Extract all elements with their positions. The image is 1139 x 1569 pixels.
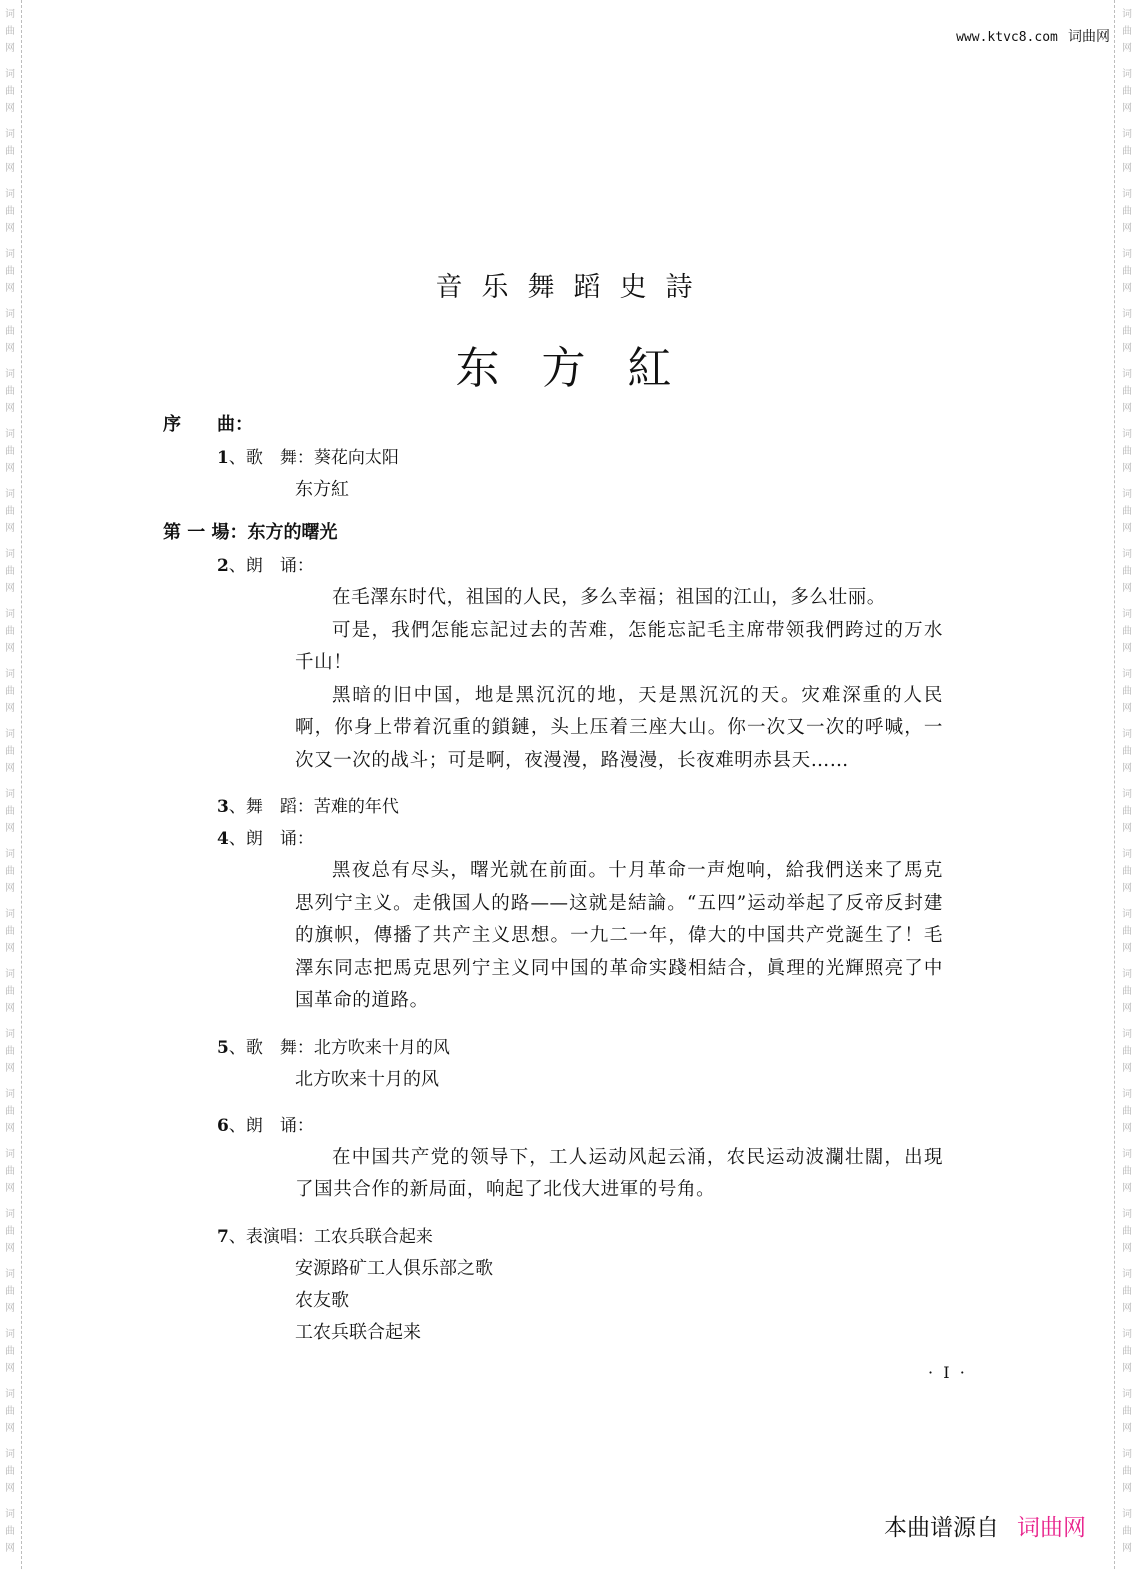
section-heading-scene-1: 第 一 場：东方的曙光 bbox=[163, 516, 963, 550]
site-header: www.ktvc8.com 词曲网 bbox=[956, 26, 1110, 46]
watermark-group: 词曲网 bbox=[3, 906, 17, 957]
watermark-char: 曲 bbox=[1120, 1343, 1134, 1360]
watermark-char: 网 bbox=[3, 940, 17, 957]
watermark-group: 词曲网 bbox=[3, 126, 17, 177]
watermark-char: 词 bbox=[1120, 726, 1134, 743]
watermark-char: 网 bbox=[1120, 820, 1134, 837]
watermark-char: 曲 bbox=[3, 203, 17, 220]
watermark-char: 曲 bbox=[1120, 1283, 1134, 1300]
watermark-char: 词 bbox=[3, 186, 17, 203]
item-number: 2 bbox=[217, 556, 229, 576]
watermark-char: 网 bbox=[3, 820, 17, 837]
document-subtitle: 音乐舞蹈史詩 bbox=[0, 265, 1139, 304]
recitation-paragraph: 可是，我們怎能忘記过去的苦难，怎能忘記毛主席带领我們跨过的万水千山！ bbox=[295, 615, 943, 680]
watermark-char: 词 bbox=[3, 1266, 17, 1283]
watermark-char: 曲 bbox=[1120, 83, 1134, 100]
watermark-char: 曲 bbox=[3, 623, 17, 640]
watermark-group: 词曲网 bbox=[1120, 966, 1134, 1017]
item-sub-line: 东方紅 bbox=[163, 474, 963, 506]
watermark-char: 曲 bbox=[3, 983, 17, 1000]
watermark-char: 曲 bbox=[3, 1103, 17, 1120]
watermark-char: 词 bbox=[3, 786, 17, 803]
watermark-char: 网 bbox=[1120, 460, 1134, 477]
watermark-group: 词曲网 bbox=[1120, 906, 1134, 957]
watermark-char: 曲 bbox=[1120, 503, 1134, 520]
watermark-group: 词曲网 bbox=[1120, 66, 1134, 117]
watermark-char: 网 bbox=[1120, 760, 1134, 777]
program-item-2: 2、朗 诵： bbox=[163, 550, 963, 582]
watermark-char: 曲 bbox=[1120, 1043, 1134, 1060]
watermark-char: 曲 bbox=[1120, 443, 1134, 460]
watermark-char: 曲 bbox=[3, 1463, 17, 1480]
margin-dashed-rule bbox=[1114, 0, 1115, 1569]
watermark-group: 词曲网 bbox=[1120, 1206, 1134, 1257]
watermark-group: 词曲网 bbox=[1120, 486, 1134, 537]
watermark-char: 曲 bbox=[1120, 683, 1134, 700]
watermark-char: 网 bbox=[1120, 400, 1134, 417]
watermark-char: 词 bbox=[3, 1086, 17, 1103]
watermark-char: 曲 bbox=[3, 863, 17, 880]
watermark-char: 网 bbox=[3, 700, 17, 717]
watermark-char: 曲 bbox=[1120, 1523, 1134, 1540]
item-separator: 、 bbox=[229, 1116, 246, 1136]
item-number: 7 bbox=[217, 1227, 229, 1247]
watermark-char: 词 bbox=[1120, 1386, 1134, 1403]
item-separator: 、 bbox=[229, 1038, 246, 1058]
watermark-group: 词曲网 bbox=[3, 1326, 17, 1377]
watermark-group: 词曲网 bbox=[1120, 6, 1134, 57]
watermark-group: 词曲网 bbox=[1120, 186, 1134, 237]
watermark-char: 词 bbox=[1120, 1026, 1134, 1043]
program-item-3: 3、舞 蹈：苦难的年代 bbox=[163, 791, 963, 823]
item-type: 朗 诵： bbox=[246, 1116, 314, 1136]
watermark-char: 词 bbox=[3, 426, 17, 443]
watermark-group: 词曲网 bbox=[1120, 1446, 1134, 1497]
watermark-char: 网 bbox=[3, 1240, 17, 1257]
watermark-char: 词 bbox=[3, 126, 17, 143]
watermark-group: 词曲网 bbox=[1120, 546, 1134, 597]
watermark-char: 词 bbox=[3, 1326, 17, 1343]
brand-link[interactable]: 词曲网 bbox=[1017, 1515, 1086, 1541]
watermark-char: 词 bbox=[3, 1506, 17, 1523]
item-separator: 、 bbox=[229, 829, 246, 849]
watermark-group: 词曲网 bbox=[3, 666, 17, 717]
recitation-paragraph: 黑夜总有尽头，曙光就在前面。十月革命一声炮响，給我們送来了馬克思列宁主义。走俄国… bbox=[295, 855, 943, 1018]
item-title: 葵花向太阳 bbox=[314, 448, 399, 468]
watermark-char: 词 bbox=[1120, 786, 1134, 803]
program-listing: 序 曲： 1、歌 舞：葵花向太阳 东方紅 第 一 場：东方的曙光 2、朗 诵： … bbox=[163, 408, 963, 1349]
watermark-char: 词 bbox=[3, 1386, 17, 1403]
recitation-paragraph: 在毛澤东时代，祖国的人民，多么幸福；祖国的江山，多么壮丽。 bbox=[295, 582, 943, 615]
watermark-char: 词 bbox=[1120, 1086, 1134, 1103]
watermark-char: 词 bbox=[3, 6, 17, 23]
item-type: 歌 舞： bbox=[246, 1038, 314, 1058]
watermark-char: 曲 bbox=[3, 683, 17, 700]
watermark-char: 网 bbox=[3, 520, 17, 537]
watermark-char: 曲 bbox=[1120, 623, 1134, 640]
watermark-char: 曲 bbox=[3, 1283, 17, 1300]
watermark-char: 网 bbox=[3, 400, 17, 417]
watermark-char: 网 bbox=[3, 1180, 17, 1197]
watermark-group: 词曲网 bbox=[1120, 726, 1134, 777]
watermark-char: 网 bbox=[3, 1540, 17, 1557]
item-separator: 、 bbox=[229, 556, 246, 576]
watermark-group: 词曲网 bbox=[3, 186, 17, 237]
watermark-char: 曲 bbox=[3, 563, 17, 580]
watermark-char: 词 bbox=[1120, 666, 1134, 683]
item-type: 表演唱： bbox=[246, 1227, 314, 1247]
watermark-group: 词曲网 bbox=[1120, 1326, 1134, 1377]
watermark-char: 词 bbox=[1120, 126, 1134, 143]
watermark-char: 曲 bbox=[1120, 923, 1134, 940]
watermark-char: 词 bbox=[1120, 546, 1134, 563]
watermark-group: 词曲网 bbox=[1120, 846, 1134, 897]
watermark-group: 词曲网 bbox=[3, 1086, 17, 1137]
watermark-char: 词 bbox=[1120, 1266, 1134, 1283]
watermark-group: 词曲网 bbox=[3, 1506, 17, 1557]
watermark-group: 词曲网 bbox=[1120, 1146, 1134, 1197]
item-number: 6 bbox=[217, 1116, 229, 1136]
item-separator: 、 bbox=[229, 797, 246, 817]
watermark-group: 词曲网 bbox=[1120, 1026, 1134, 1077]
watermark-char: 曲 bbox=[3, 1403, 17, 1420]
section-heading-overture: 序 曲： bbox=[163, 408, 963, 442]
watermark-char: 曲 bbox=[1120, 743, 1134, 760]
program-item-5: 5、歌 舞：北方吹来十月的风 bbox=[163, 1032, 963, 1064]
watermark-char: 曲 bbox=[1120, 1403, 1134, 1420]
watermark-char: 网 bbox=[1120, 1000, 1134, 1017]
watermark-char: 网 bbox=[3, 1420, 17, 1437]
watermark-char: 网 bbox=[3, 40, 17, 57]
watermark-char: 词 bbox=[1120, 1446, 1134, 1463]
item-number: 3 bbox=[217, 797, 229, 817]
watermark-char: 曲 bbox=[3, 23, 17, 40]
watermark-char: 网 bbox=[1120, 940, 1134, 957]
watermark-char: 词 bbox=[3, 1206, 17, 1223]
watermark-group: 词曲网 bbox=[3, 1446, 17, 1497]
watermark-group: 词曲网 bbox=[1120, 786, 1134, 837]
watermark-group: 词曲网 bbox=[1120, 1506, 1134, 1557]
watermark-char: 词 bbox=[3, 1026, 17, 1043]
margin-dashed-rule bbox=[21, 0, 22, 1569]
item-title: 工农兵联合起来 bbox=[314, 1227, 433, 1247]
watermark-char: 曲 bbox=[1120, 803, 1134, 820]
watermark-char: 网 bbox=[1120, 220, 1134, 237]
watermark-char: 网 bbox=[1120, 580, 1134, 597]
program-item-4: 4、朗 诵： bbox=[163, 823, 963, 855]
watermark-char: 网 bbox=[3, 640, 17, 657]
page-number: · I · bbox=[928, 1363, 965, 1382]
watermark-char: 词 bbox=[3, 486, 17, 503]
watermark-char: 词 bbox=[3, 1446, 17, 1463]
credit-text: 本曲谱源自 bbox=[884, 1515, 999, 1541]
watermark-group: 词曲网 bbox=[3, 1206, 17, 1257]
watermark-char: 词 bbox=[1120, 246, 1134, 263]
watermark-group: 词曲网 bbox=[3, 1386, 17, 1437]
watermark-char: 网 bbox=[1120, 1360, 1134, 1377]
watermark-char: 网 bbox=[1120, 700, 1134, 717]
item-separator: 、 bbox=[229, 448, 246, 468]
watermark-char: 网 bbox=[3, 1360, 17, 1377]
watermark-group: 词曲网 bbox=[3, 1266, 17, 1317]
item-sub-line: 北方吹来十月的风 bbox=[163, 1064, 963, 1096]
watermark-char: 词 bbox=[3, 1146, 17, 1163]
watermark-group: 词曲网 bbox=[1120, 126, 1134, 177]
watermark-char: 曲 bbox=[3, 1343, 17, 1360]
watermark-char: 曲 bbox=[3, 1163, 17, 1180]
item-number: 1 bbox=[217, 448, 229, 468]
watermark-char: 网 bbox=[3, 460, 17, 477]
watermark-char: 词 bbox=[3, 666, 17, 683]
watermark-char: 网 bbox=[3, 160, 17, 177]
item-title: 苦难的年代 bbox=[314, 797, 399, 817]
item-sub-line: 农友歌 bbox=[163, 1285, 963, 1317]
watermark-char: 词 bbox=[1120, 306, 1134, 323]
watermark-char: 曲 bbox=[1120, 863, 1134, 880]
watermark-char: 曲 bbox=[1120, 1463, 1134, 1480]
program-item-7: 7、表演唱：工农兵联合起来 bbox=[163, 1221, 963, 1253]
watermark-char: 词 bbox=[1120, 66, 1134, 83]
watermark-char: 网 bbox=[3, 1300, 17, 1317]
watermark-group: 词曲网 bbox=[3, 486, 17, 537]
watermark-char: 词 bbox=[1120, 846, 1134, 863]
watermark-group: 词曲网 bbox=[1120, 666, 1134, 717]
watermark-char: 曲 bbox=[3, 923, 17, 940]
watermark-char: 词 bbox=[1120, 1206, 1134, 1223]
item-title: 北方吹来十月的风 bbox=[314, 1038, 450, 1058]
item-type: 舞 蹈： bbox=[246, 797, 314, 817]
watermark-char: 曲 bbox=[3, 443, 17, 460]
watermark-group: 词曲网 bbox=[3, 606, 17, 657]
watermark-char: 曲 bbox=[3, 83, 17, 100]
right-margin-watermark: 词曲网词曲网词曲网词曲网词曲网词曲网词曲网词曲网词曲网词曲网词曲网词曲网词曲网词… bbox=[1117, 0, 1139, 1569]
watermark-char: 网 bbox=[3, 1060, 17, 1077]
footer-credit: 本曲谱源自词曲网 bbox=[884, 1509, 1086, 1542]
watermark-group: 词曲网 bbox=[3, 66, 17, 117]
watermark-char: 网 bbox=[1120, 520, 1134, 537]
watermark-char: 网 bbox=[1120, 1480, 1134, 1497]
watermark-char: 网 bbox=[3, 100, 17, 117]
watermark-group: 词曲网 bbox=[1120, 1386, 1134, 1437]
watermark-char: 词 bbox=[1120, 6, 1134, 23]
watermark-char: 词 bbox=[1120, 1146, 1134, 1163]
watermark-char: 曲 bbox=[3, 1043, 17, 1060]
watermark-char: 词 bbox=[3, 66, 17, 83]
watermark-char: 网 bbox=[1120, 640, 1134, 657]
watermark-char: 曲 bbox=[3, 1223, 17, 1240]
item-sub-line: 安源路矿工人俱乐部之歌 bbox=[163, 1253, 963, 1285]
watermark-char: 网 bbox=[3, 220, 17, 237]
watermark-char: 网 bbox=[1120, 100, 1134, 117]
watermark-group: 词曲网 bbox=[3, 1146, 17, 1197]
watermark-char: 网 bbox=[1120, 1180, 1134, 1197]
watermark-char: 曲 bbox=[1120, 983, 1134, 1000]
watermark-group: 词曲网 bbox=[1120, 426, 1134, 477]
watermark-group: 词曲网 bbox=[3, 426, 17, 477]
watermark-char: 词 bbox=[1120, 186, 1134, 203]
watermark-char: 网 bbox=[1120, 40, 1134, 57]
watermark-char: 曲 bbox=[3, 143, 17, 160]
watermark-char: 网 bbox=[1120, 1120, 1134, 1137]
item-sub-line: 工农兵联合起来 bbox=[163, 1317, 963, 1349]
watermark-char: 网 bbox=[3, 1480, 17, 1497]
watermark-char: 网 bbox=[3, 580, 17, 597]
watermark-char: 曲 bbox=[3, 503, 17, 520]
watermark-char: 词 bbox=[3, 846, 17, 863]
site-url[interactable]: www.ktvc8.com bbox=[956, 30, 1058, 45]
watermark-group: 词曲网 bbox=[3, 966, 17, 1017]
watermark-char: 词 bbox=[1120, 966, 1134, 983]
watermark-char: 曲 bbox=[1120, 203, 1134, 220]
watermark-char: 网 bbox=[3, 760, 17, 777]
watermark-group: 词曲网 bbox=[1120, 606, 1134, 657]
watermark-char: 词 bbox=[3, 546, 17, 563]
item-number: 5 bbox=[217, 1038, 229, 1058]
watermark-char: 网 bbox=[1120, 1300, 1134, 1317]
item-type: 朗 诵： bbox=[246, 556, 314, 576]
watermark-char: 曲 bbox=[3, 1523, 17, 1540]
watermark-char: 词 bbox=[3, 726, 17, 743]
watermark-char: 词 bbox=[3, 306, 17, 323]
recitation-paragraph: 黑暗的旧中国，地是黑沉沉的地，天是黑沉沉的天。灾难深重的人民啊，你身上带着沉重的… bbox=[295, 680, 943, 778]
watermark-char: 曲 bbox=[1120, 1163, 1134, 1180]
watermark-char: 词 bbox=[3, 246, 17, 263]
document-title: 东方紅 bbox=[0, 332, 1139, 396]
watermark-char: 词 bbox=[1120, 606, 1134, 623]
watermark-char: 网 bbox=[1120, 1060, 1134, 1077]
watermark-char: 词 bbox=[3, 606, 17, 623]
watermark-char: 曲 bbox=[1120, 1223, 1134, 1240]
item-type: 朗 诵： bbox=[246, 829, 314, 849]
watermark-char: 网 bbox=[3, 1000, 17, 1017]
watermark-char: 词 bbox=[3, 966, 17, 983]
watermark-char: 曲 bbox=[1120, 23, 1134, 40]
item-type: 歌 舞： bbox=[246, 448, 314, 468]
watermark-group: 词曲网 bbox=[3, 726, 17, 777]
watermark-char: 词 bbox=[1120, 426, 1134, 443]
program-item-6: 6、朗 诵： bbox=[163, 1110, 963, 1142]
watermark-char: 曲 bbox=[3, 803, 17, 820]
watermark-group: 词曲网 bbox=[1120, 1086, 1134, 1137]
program-item-1: 1、歌 舞：葵花向太阳 bbox=[163, 442, 963, 474]
watermark-char: 词 bbox=[1120, 1506, 1134, 1523]
watermark-char: 网 bbox=[1120, 1420, 1134, 1437]
watermark-group: 词曲网 bbox=[3, 1026, 17, 1077]
watermark-char: 网 bbox=[1120, 160, 1134, 177]
watermark-char: 词 bbox=[1120, 1326, 1134, 1343]
watermark-char: 曲 bbox=[1120, 1103, 1134, 1120]
watermark-char: 词 bbox=[1120, 906, 1134, 923]
item-separator: 、 bbox=[229, 1227, 246, 1247]
left-margin-watermark: 词曲网词曲网词曲网词曲网词曲网词曲网词曲网词曲网词曲网词曲网词曲网词曲网词曲网词… bbox=[0, 0, 22, 1569]
item-number: 4 bbox=[217, 829, 229, 849]
recitation-paragraph: 在中国共产党的领导下，工人运动风起云涌，农民运动波瀾壮闊，出現了国共合作的新局面… bbox=[295, 1142, 943, 1207]
watermark-char: 词 bbox=[3, 906, 17, 923]
watermark-char: 网 bbox=[1120, 880, 1134, 897]
watermark-char: 曲 bbox=[1120, 143, 1134, 160]
watermark-group: 词曲网 bbox=[3, 546, 17, 597]
watermark-char: 曲 bbox=[1120, 563, 1134, 580]
site-name: 词曲网 bbox=[1068, 29, 1110, 45]
watermark-char: 网 bbox=[3, 880, 17, 897]
watermark-char: 网 bbox=[1120, 1540, 1134, 1557]
watermark-char: 曲 bbox=[3, 743, 17, 760]
watermark-char: 词 bbox=[1120, 486, 1134, 503]
watermark-group: 词曲网 bbox=[3, 6, 17, 57]
watermark-group: 词曲网 bbox=[3, 846, 17, 897]
watermark-group: 词曲网 bbox=[3, 786, 17, 837]
watermark-char: 网 bbox=[1120, 1240, 1134, 1257]
watermark-group: 词曲网 bbox=[1120, 1266, 1134, 1317]
watermark-char: 网 bbox=[3, 1120, 17, 1137]
